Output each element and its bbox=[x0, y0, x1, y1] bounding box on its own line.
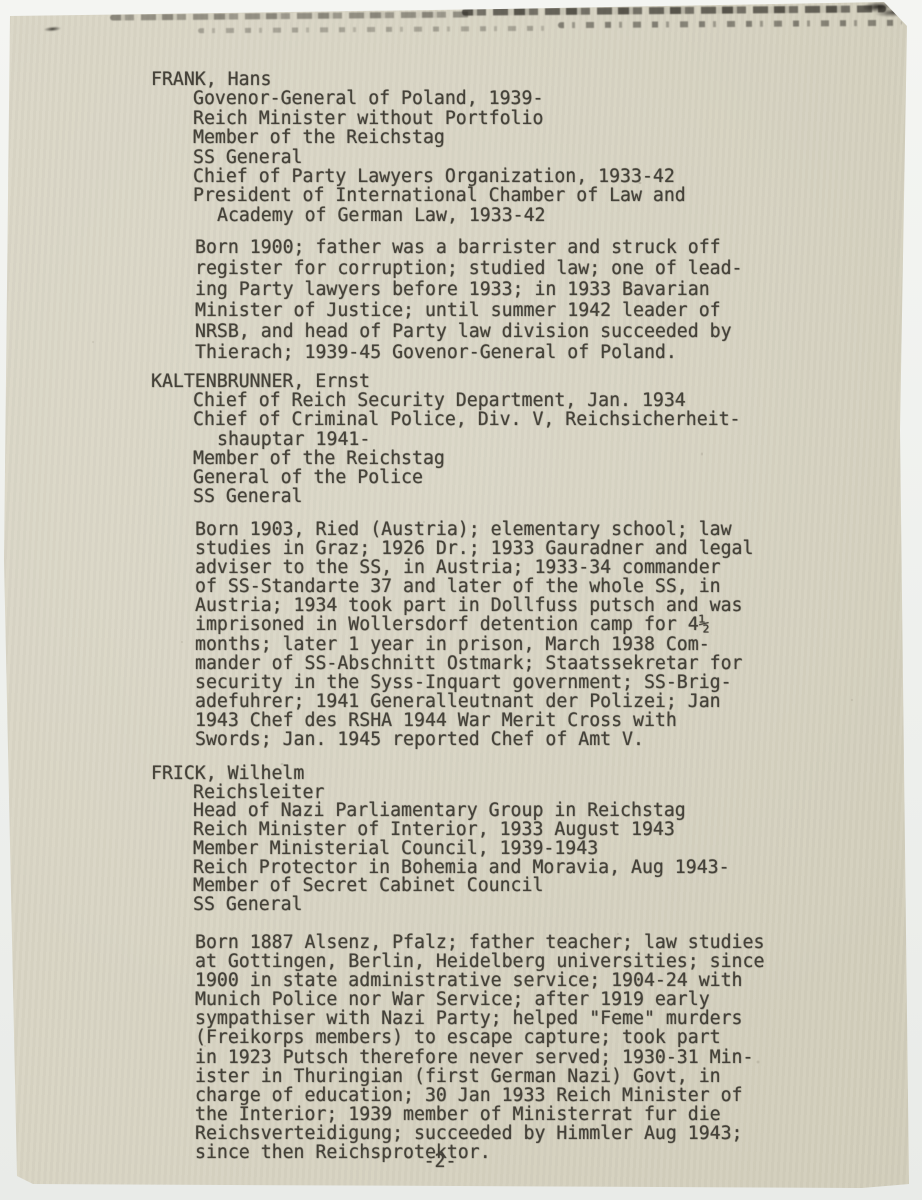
entry-bio-line: mander of SS-Abschnitt Ostmark; Staatsse… bbox=[195, 654, 753, 673]
entry-role-line: Member of the Reichstag bbox=[193, 449, 741, 468]
entry-bio-line: ister in Thuringian (first German Nazi) … bbox=[195, 1067, 764, 1086]
entry-role-line: Academy of German Law, 1933-42 bbox=[217, 206, 686, 225]
entry-bio-line: Minister of Justice; until summer 1942 l… bbox=[195, 300, 743, 321]
entry-bio-line: ing Party lawyers before 1933; in 1933 B… bbox=[195, 279, 743, 300]
entry-role-line: Reich Minister of Interior, 1933 August … bbox=[193, 821, 730, 840]
entry-bio-line: imprisoned in Wollersdorf detention camp… bbox=[195, 615, 753, 634]
officer-entry-heading-frank: FRANK, HansGovenor-General of Poland, 19… bbox=[151, 70, 686, 225]
entry-bio-line: in 1923 Putsch therefore never served; 1… bbox=[195, 1048, 764, 1067]
photo-background: FRANK, HansGovenor-General of Poland, 19… bbox=[0, 0, 922, 1200]
officer-entry-heading-frick: FRICK, WilhelmReichsleiterHead of Nazi P… bbox=[151, 765, 730, 915]
entry-bio-line: Munich Police nor War Service; after 191… bbox=[195, 990, 764, 1009]
entry-role-line: President of International Chamber of La… bbox=[193, 186, 686, 205]
entry-bio-line: adviser to the SS, in Austria; 1933-34 c… bbox=[195, 558, 753, 577]
entry-role-line: Reich Minister without Portfolio bbox=[193, 109, 686, 128]
entry-bio-line: adefuhrer; 1941 Generalleutnant der Poli… bbox=[195, 692, 753, 711]
entry-role-line: Member Ministerial Council, 1939-1943 bbox=[193, 840, 730, 859]
entry-bio-line: at Gottingen, Berlin, Heidelberg univers… bbox=[195, 952, 764, 971]
entry-bio-line: studies in Graz; 1926 Dr.; 1933 Gauradne… bbox=[195, 539, 753, 558]
entry-role-line: SS General bbox=[193, 148, 686, 167]
entry-name: FRANK, Hans bbox=[151, 70, 686, 89]
entry-bio-line: security in the Syss-Inquart government;… bbox=[195, 673, 753, 692]
entry-bio-line: the Interior; 1939 member of Ministerrat… bbox=[195, 1105, 764, 1124]
entry-role-line: Chief of Reich Security Department, Jan.… bbox=[193, 391, 741, 410]
page-number: -2- bbox=[160, 1152, 720, 1171]
entry-bio-line: 1943 Chef des RSHA 1944 War Merit Cross … bbox=[195, 711, 753, 730]
entry-bio-line: Thierach; 1939-45 Govenor-General of Pol… bbox=[195, 342, 743, 363]
entry-bio-line: Born 1900; father was a barrister and st… bbox=[195, 237, 743, 258]
entry-bio-line: Austria; 1934 took part in Dollfuss puts… bbox=[195, 596, 753, 615]
entry-bio-line: Born 1887 Alsenz, Pfalz; father teacher;… bbox=[195, 933, 764, 952]
entry-role-line: Member of the Reichstag bbox=[193, 128, 686, 147]
entry-bio-line: charge of education; 30 Jan 1933 Reich M… bbox=[195, 1086, 764, 1105]
entry-role-line: Govenor-General of Poland, 1939- bbox=[193, 89, 686, 108]
entry-bio-line: 1900 in state administrative service; 19… bbox=[195, 971, 764, 990]
officer-entry-bio-frick: Born 1887 Alsenz, Pfalz; father teacher;… bbox=[195, 933, 764, 1162]
entry-name: FRICK, Wilhelm bbox=[151, 765, 730, 784]
entry-role-line: General of the Police bbox=[193, 468, 741, 487]
entry-name: KALTENBRUNNER, Ernst bbox=[151, 372, 741, 391]
entry-bio-line: (Freikorps members) to escape capture; t… bbox=[195, 1028, 764, 1047]
officer-entry-bio-kaltenbrunner: Born 1903, Ried (Austria); elementary sc… bbox=[195, 520, 753, 749]
entry-bio-line: Born 1903, Ried (Austria); elementary sc… bbox=[195, 520, 753, 539]
entry-bio-line: register for corruption; studied law; on… bbox=[195, 258, 743, 279]
entry-role-line: SS General bbox=[193, 896, 730, 915]
entry-role-line: shauptar 1941- bbox=[217, 430, 741, 449]
typed-text: FRANK, HansGovenor-General of Poland, 19… bbox=[0, 0, 922, 1200]
entry-bio-line: Swords; Jan. 1945 reported Chef of Amt V… bbox=[195, 730, 753, 749]
entry-bio-line: of SS-Standarte 37 and later of the whol… bbox=[195, 577, 753, 596]
entry-bio-line: NRSB, and head of Party law division suc… bbox=[195, 321, 743, 342]
entry-bio-line: sympathiser with Nazi Party; helped "Fem… bbox=[195, 1009, 764, 1028]
entry-role-line: Chief of Party Lawyers Organization, 193… bbox=[193, 167, 686, 186]
entry-bio-line: Reichsverteidigung; succeeded by Himmler… bbox=[195, 1124, 764, 1143]
officer-entry-heading-kaltenbrunner: KALTENBRUNNER, ErnstChief of Reich Secur… bbox=[151, 372, 741, 506]
document-page: FRANK, HansGovenor-General of Poland, 19… bbox=[0, 0, 922, 1200]
entry-bio-line: months; later 1 year in prison, March 19… bbox=[195, 635, 753, 654]
entry-role-line: SS General bbox=[193, 487, 741, 506]
officer-entry-bio-frank: Born 1900; father was a barrister and st… bbox=[195, 237, 743, 363]
entry-role-line: Chief of Criminal Police, Div. V, Reichs… bbox=[193, 410, 741, 429]
